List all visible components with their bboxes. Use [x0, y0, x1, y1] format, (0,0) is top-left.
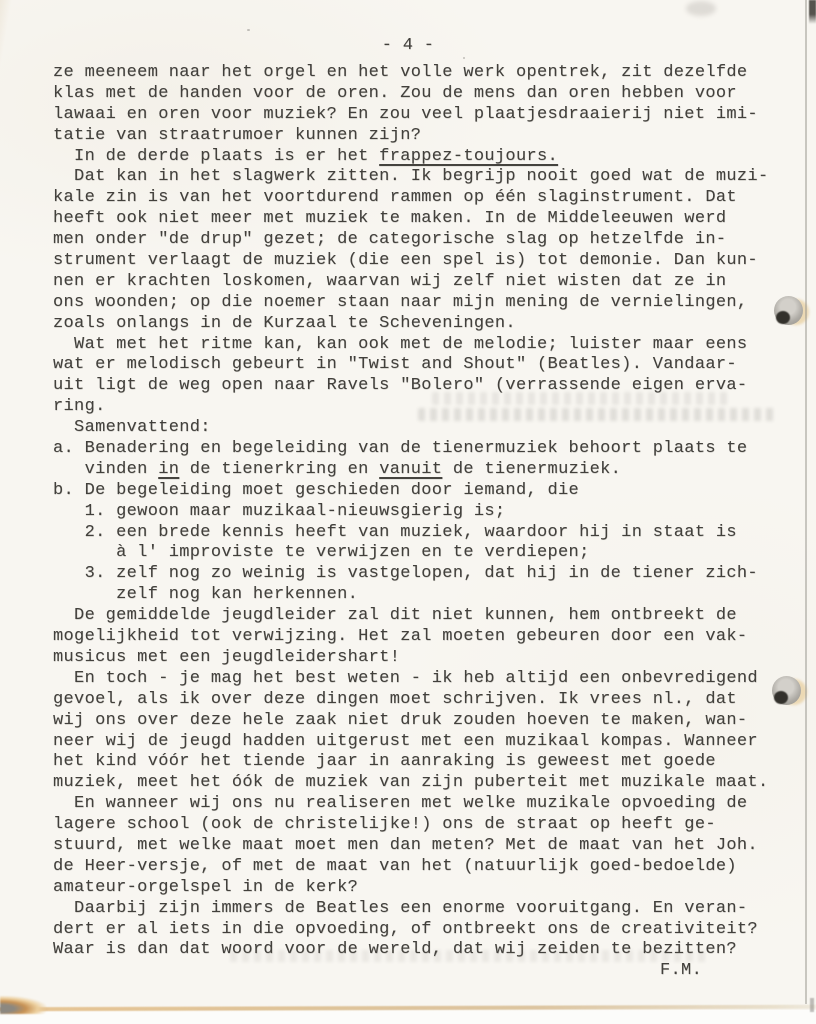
text-line: klas met de handen voor de oren. Zou de …: [53, 84, 816, 105]
text-line: En wanneer wij ons nu realiseren met wel…: [53, 794, 816, 815]
text-line: men onder "de drup" gezet; de categorisc…: [53, 230, 816, 251]
text-line: En toch - je mag het best weten - ik heb…: [53, 669, 816, 690]
text-line: dert er al iets in die opvoeding, of ont…: [53, 920, 816, 941]
text-line: a. Benadering en begeleiding van de tien…: [53, 439, 816, 460]
text-line: 3. zelf nog zo weinig is vastgelopen, da…: [53, 564, 816, 585]
text-line: de Heer-versje, of met de maat van het (…: [53, 857, 816, 878]
text-line: neer wij de jeugd hadden uitgerust met e…: [53, 732, 816, 753]
text-line: Dat kan in het slagwerk zitten. Ik begri…: [53, 167, 816, 188]
scanner-background: [0, 1010, 816, 1024]
text-line: Daarbij zijn immers de Beatles een enorm…: [53, 899, 816, 920]
text-line: nen er krachten loskomen, waarvan wij ze…: [53, 272, 816, 293]
text-line: à l' improviste te verwijzen en te verdi…: [53, 543, 816, 564]
text-line: strument verlaagt de muziek (die een spe…: [53, 251, 816, 272]
page-right-edge: [805, 0, 807, 1004]
hole-punch-bottom: [772, 676, 808, 708]
text-line: lawaai en oren voor muziek? En zou veel …: [53, 105, 816, 126]
text-line: muziek, meet het óók de muziek van zijn …: [53, 773, 816, 794]
scan-smudge: [686, 1, 716, 16]
bleed-through-artifact: [230, 950, 710, 962]
scanned-document-page: - 4 - ze meeneem naar het orgel en het v…: [0, 0, 816, 1024]
text-line: lagere school (ook de christelijke!) ons…: [53, 815, 816, 836]
text-line: 2. een brede kennis heeft van muziek, wa…: [53, 523, 816, 544]
page-number: - 4 -: [0, 36, 816, 55]
body-text: ze meeneem naar het orgel en het volle w…: [53, 63, 816, 961]
bleed-through-artifact: [418, 408, 774, 421]
text-line: kale zin is van het voortdurend rammen o…: [53, 188, 816, 209]
text-line: De gemiddelde jeugdleider zal dit niet k…: [53, 606, 816, 627]
text-line: Wat met het ritme kan, kan ook met de me…: [53, 335, 816, 356]
author-initials: F.M.: [660, 961, 702, 980]
text-line: wat er melodisch gebeurt in "Twist and S…: [53, 355, 816, 376]
paper-speck: [247, 29, 250, 31]
hole-shadow: [774, 691, 788, 704]
scan-corner-mark: [809, 0, 816, 24]
text-line: 1. gewoon maar muzikaal-nieuwsgierig is;: [53, 502, 816, 523]
text-line: zelf nog kan herkennen.: [53, 585, 816, 606]
text-line: b. De begeleiding moet geschieden door i…: [53, 481, 816, 502]
text-line: ze meeneem naar het orgel en het volle w…: [53, 63, 816, 84]
text-line: het kind vóór het tiende jaar in aanraki…: [53, 752, 816, 773]
text-line: In de derde plaats is er het frappez-tou…: [53, 147, 816, 168]
page-corner-curl: [0, 996, 46, 1014]
text-line: vinden in de tienerkring en vanuit de ti…: [53, 460, 816, 481]
text-line: stuurd, met welke maat moet men dan mete…: [53, 836, 816, 857]
bleed-through-artifact: [432, 392, 732, 405]
text-line: Samenvattend:: [53, 418, 816, 439]
text-line: musicus met een jeugdleidershart!: [53, 648, 816, 669]
text-line: tatie van straatrumoer kunnen zijn?: [53, 126, 816, 147]
text-line: gevoel, als ik over deze dingen moet sch…: [53, 690, 816, 711]
text-line: zoals onlangs in de Kurzaal te Schevenin…: [53, 314, 816, 335]
text-line: heeft ook niet meer met muziek te maken.…: [53, 209, 816, 230]
paper-speck: [463, 57, 465, 59]
text-line: wij ons over deze hele zaak niet druk zo…: [53, 711, 816, 732]
text-line: mogelijkheid tot verwijzing. Het zal moe…: [53, 627, 816, 648]
hole-shadow: [776, 311, 790, 324]
text-line: ons woonden; op die noemer staan naar mi…: [53, 293, 816, 314]
scan-edge-mark: [810, 998, 814, 1012]
text-line: amateur-orgelspel in de kerk?: [53, 878, 816, 899]
